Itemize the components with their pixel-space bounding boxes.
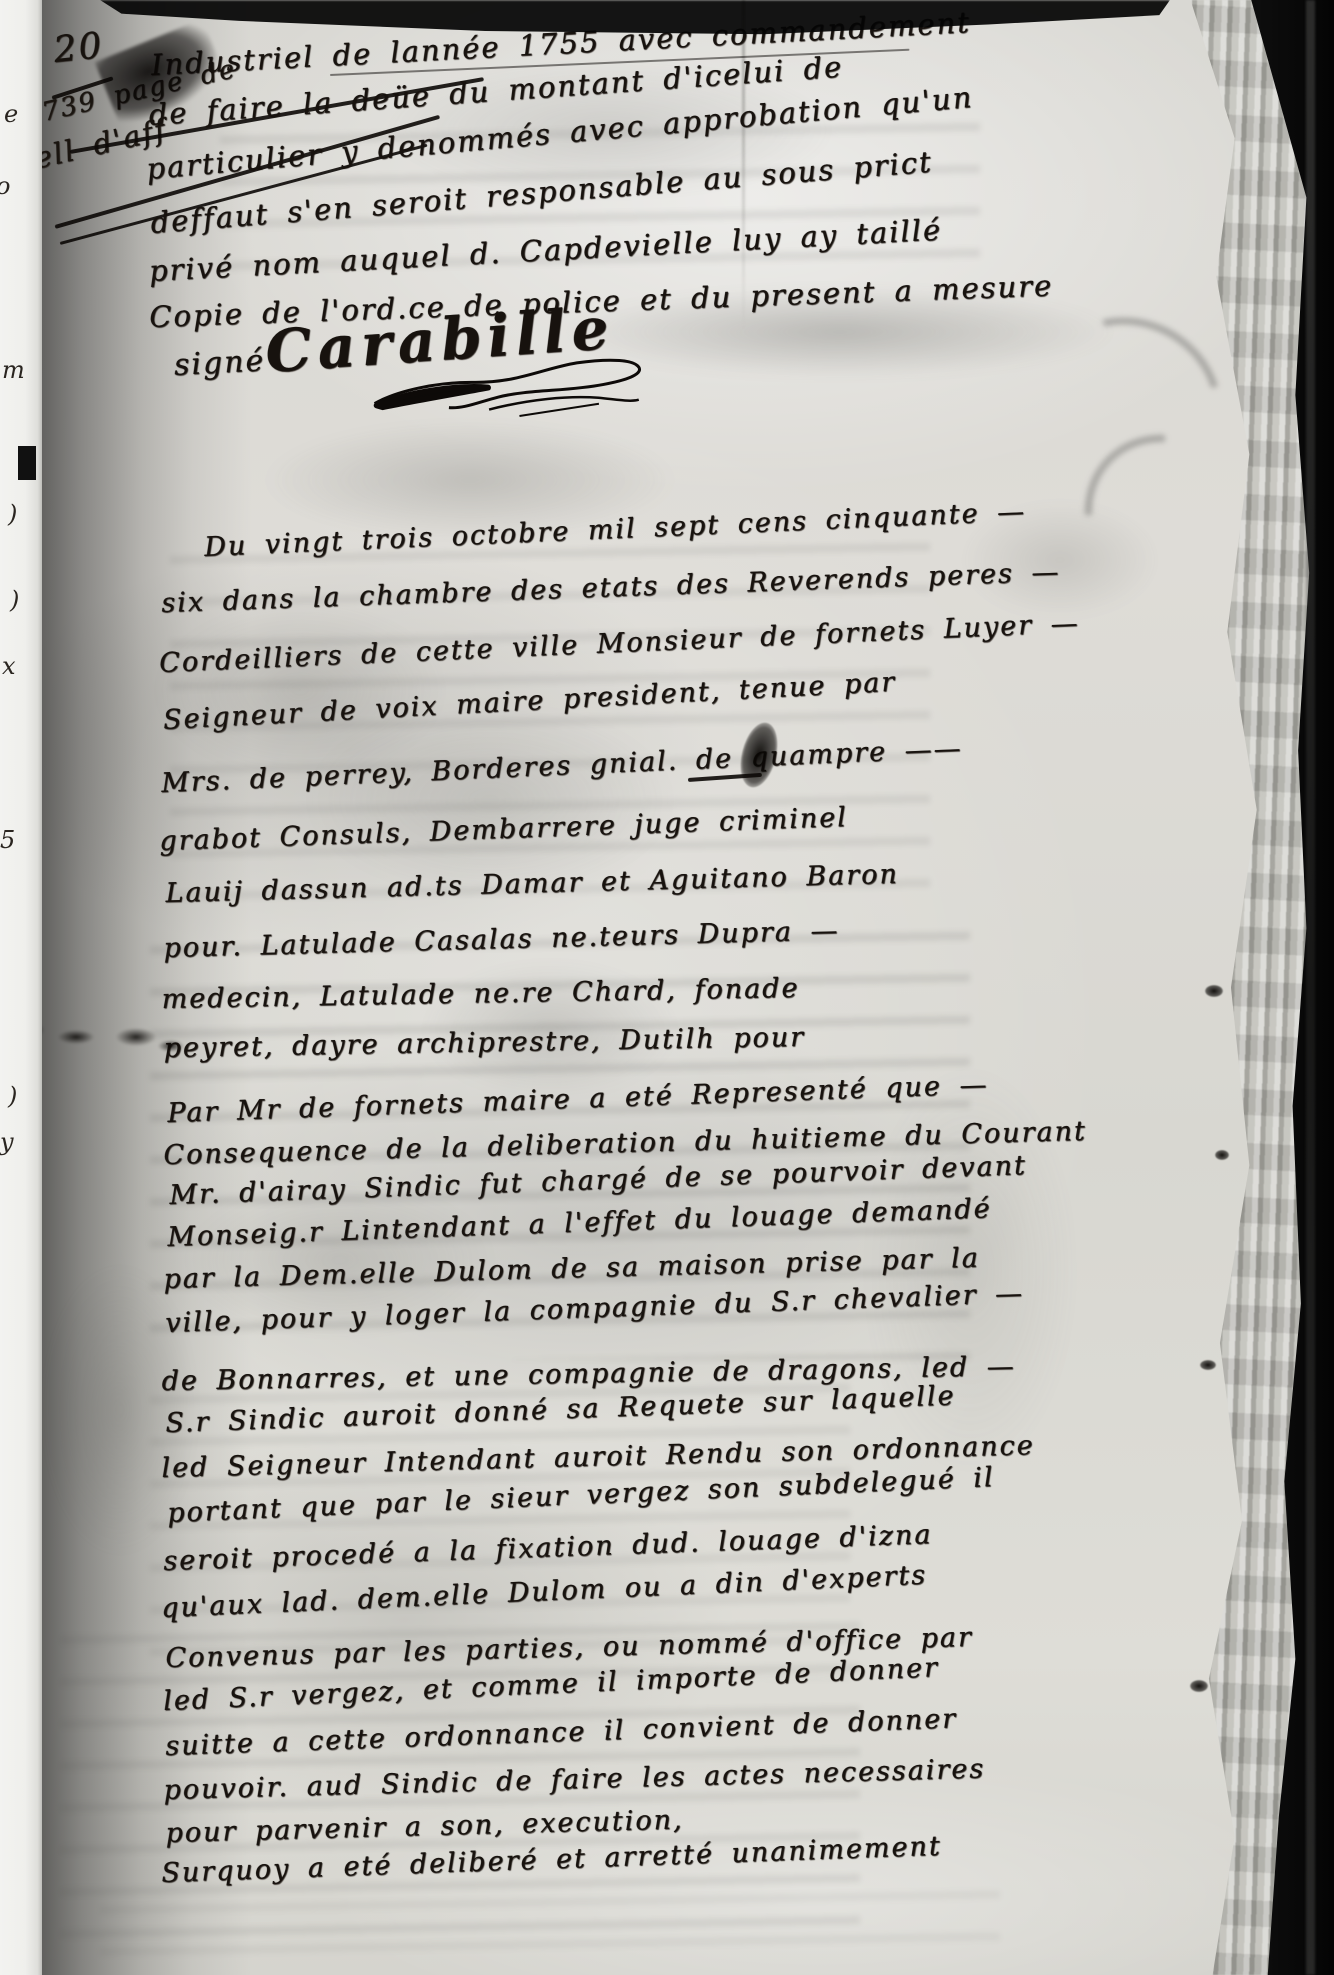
edge-fragment: e — [4, 100, 18, 128]
signature-word: signé — [173, 343, 266, 383]
previous-page-edge: e o m ) ) x 5 ) y — [0, 0, 42, 1975]
binding-edge-highlight — [1306, 0, 1315, 1975]
edge-dark-mark — [18, 446, 36, 480]
gutter-ink-smear — [58, 1030, 94, 1044]
edge-fragment: ) — [8, 1082, 17, 1110]
gutter-ink-smear — [158, 1040, 184, 1052]
edge-fragment: ) — [8, 500, 17, 528]
edge-ink-speck — [1200, 1360, 1216, 1370]
edge-ink-speck — [1205, 985, 1223, 997]
edge-fragment: m — [2, 356, 25, 384]
manuscript-scan-page: 20 1739 page de mell d'aff Industriel de… — [0, 0, 1334, 1975]
edge-fragment: o — [0, 172, 10, 200]
edge-ink-speck — [1215, 1150, 1229, 1160]
edge-fragment: 5 — [0, 826, 15, 854]
edge-ink-speck — [1190, 1680, 1208, 1692]
edge-fragment: ) — [10, 586, 19, 614]
edge-fragment: y — [0, 1128, 14, 1156]
gutter-ink-smear — [116, 1028, 156, 1046]
edge-fragment: x — [2, 652, 16, 680]
bleedthrough-streaks — [100, 1890, 1000, 1960]
